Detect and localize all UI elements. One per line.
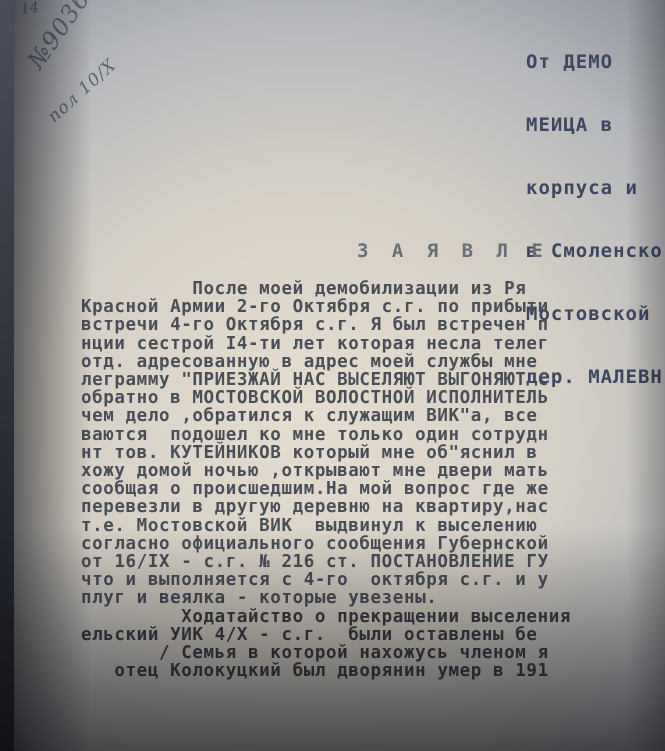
body-line: Ходатайство о прекращении выселения — [81, 608, 571, 626]
body-line: отд. адресованную в адрес моей службы мн… — [81, 353, 571, 371]
address-line: МЕИЦА в — [526, 115, 663, 136]
body-line: хожу домой ночью ,открывают мне двери ма… — [81, 462, 571, 480]
body-line: ельский УИК 4/X - с.г. были оставлены бе — [81, 626, 571, 644]
body-line: что и выполняется с 4-го октября с.г. и … — [81, 571, 571, 589]
body-line: / Семья в которой нахожусь членом я — [81, 644, 571, 662]
body-line: обратно в МОСТОВСКОЙ ВОЛОСТНОЙ ИСПОЛНИТЕ… — [81, 389, 571, 407]
body-line: от 16/IX - с.г. № 216 ст. ПОСТАНОВЛЕНИЕ … — [81, 553, 571, 571]
body-line: перевезли в другую деревню на квартиру,н… — [81, 498, 571, 516]
body-line: т.е. Мостовской ВИК выдвинул к выселению — [81, 517, 571, 535]
body-line: сообщая о происшедшим.На мой вопрос где … — [81, 480, 571, 498]
body-line: чем дело ,обратился к служащим ВИК"а, вс… — [81, 407, 571, 425]
photo-edge — [0, 0, 14, 751]
body-line: согласно официального сообщения Губернск… — [81, 535, 571, 553]
body-line: нции сестрой I4-ти лет которая несла тел… — [81, 335, 571, 353]
address-line: корпуса и — [526, 178, 663, 199]
body-line: встречи 4-го Октября с.г. Я был встречен… — [81, 316, 571, 334]
document-body: После моей демобилизации из РяКрасной Ар… — [81, 280, 571, 680]
address-line: в Смоленско — [526, 241, 663, 262]
document-page: 14 №9036 пол 10/X От ДЕМО МЕИЦА в корпус… — [14, 0, 665, 751]
document-title: З А Я В Л Е — [357, 240, 545, 262]
address-line: От ДЕМО — [526, 52, 663, 73]
body-line: ваются подошел ко мне только один сотруд… — [81, 426, 571, 444]
body-line: плуг и веялка - которые увезены. — [81, 589, 571, 607]
body-line: нт тов. КУТЕЙНИКОВ который мне об"яснил … — [81, 444, 571, 462]
body-line: Красной Армии 2-го Октября с.г. по прибы… — [81, 298, 571, 316]
handwritten-note-corner: 14 — [20, 0, 40, 18]
body-line: отец Колокуцкий был дворянин умер в 191 — [81, 662, 571, 680]
handwritten-note-date: пол 10/X — [44, 55, 120, 127]
body-line: После моей демобилизации из Ря — [81, 280, 571, 298]
body-line: леграмму "ПРИЕЗЖАЙ НАС ВЫСЕЛЯЮТ ВЫГОНЯЮТ… — [81, 371, 571, 389]
